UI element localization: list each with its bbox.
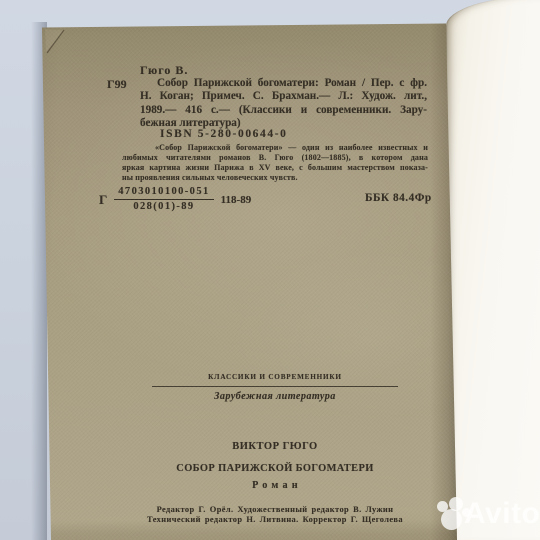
facing-page (446, 0, 540, 540)
text-line: яркая картина жизни Парижа в XV веке, с … (122, 163, 428, 173)
text-line: Н. Коган; Примеч. С. Брахман.— Л.: Худож… (140, 90, 427, 103)
book-photo-scene: Гюго В. Г99 Собор Парижской богоматери: … (0, 0, 540, 540)
annotation-paragraph: «Собор Парижской богоматери» — один из н… (122, 143, 428, 183)
catalog-suffix: 118-89 (221, 194, 252, 206)
text-line: Редактор Г. Орёл. Художественный редакто… (110, 505, 440, 515)
series-subtitle: Зарубежная литература (150, 391, 400, 402)
book-author: ВИКТОР ГЮГО (125, 441, 425, 452)
book-genre: Роман (125, 480, 425, 491)
text-line: «Собор Парижской богоматери» — один из н… (122, 143, 428, 153)
text-line: любимых читателями романов В. Гюго (1802… (122, 153, 428, 163)
text-line: ны проявления сильных человеческих чувст… (122, 173, 428, 183)
bibliographic-entry: Собор Парижской богоматери: Роман / Пер.… (140, 77, 427, 131)
text-line: Собор Парижской богоматери: Роман / Пер.… (140, 77, 427, 90)
credits-lines: Редактор Г. Орёл. Художественный редакто… (110, 505, 440, 526)
catalog-index: Г 4703010100-051 028(01)-89 118-89 (99, 186, 251, 213)
author-heading: Гюго В. (140, 63, 188, 78)
text-line: 1989.— 416 с.— (Классики и современники.… (140, 104, 427, 117)
catalog-numerator: 4703010100-051 (114, 186, 213, 200)
bbk-code: ББК 84.4Фр (365, 192, 432, 204)
catalog-denominator: 028(01)-89 (114, 200, 213, 213)
isbn-line: ISBN 5-280-00644-0 (160, 128, 288, 140)
catalog-letter-code: Г99 (107, 77, 127, 92)
series-title: КЛАССИКИ И СОВРЕМЕННИКИ (150, 373, 400, 381)
catalog-letter: Г (99, 192, 107, 208)
series-divider (152, 386, 398, 388)
text-line: Технический редактор Н. Литвина. Коррект… (110, 515, 440, 525)
book-title: СОБОР ПАРИЖСКОЙ БОГОМАТЕРИ (125, 463, 425, 474)
catalog-fraction: 4703010100-051 028(01)-89 (114, 186, 213, 213)
